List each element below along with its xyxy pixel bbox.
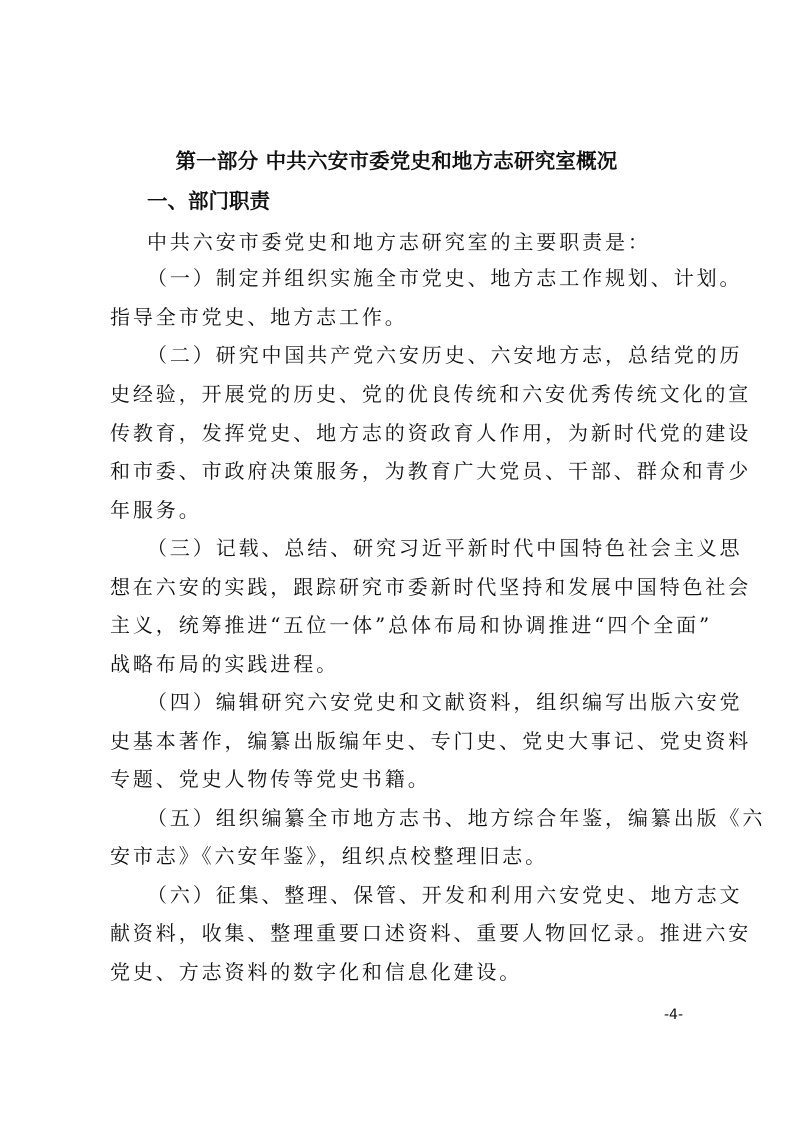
body-line: 中共六安市委党史和地方志研究室的主要职责是： bbox=[147, 229, 730, 256]
body-line: （四）编辑研究六安党史和文献资料，组织编写出版六安党 bbox=[147, 689, 730, 716]
body-line: 年服务。 bbox=[110, 497, 693, 524]
body-line: （五）组织编纂全市地方志书、地方综合年鉴，编纂出版《六 bbox=[147, 805, 730, 832]
body-line: 安市志》《六安年鉴》，组织点校整理旧志。 bbox=[110, 843, 693, 870]
body-line: 史经验，开展党的历史、党的优良传统和六安优秀传统文化的宣 bbox=[110, 381, 693, 408]
body-line: 和市委、市政府决策服务，为教育广大党员、干部、群众和青少 bbox=[110, 458, 693, 485]
body-line: 史基本著作，编纂出版编年史、专门史、党史大事记、党史资料 bbox=[110, 728, 693, 755]
section-heading: 一、部门职责 bbox=[147, 184, 270, 214]
page-number: -4- bbox=[664, 1007, 683, 1023]
body-line: 传教育，发挥党史、地方志的资政育人作用，为新时代党的建设 bbox=[110, 420, 693, 447]
document-page: 第一部分 中共六安市委党史和地方志研究室概况 一、部门职责 中共六安市委党史和地… bbox=[0, 0, 793, 1122]
page-title: 第一部分 中共六安市委党史和地方志研究室概况 bbox=[0, 144, 793, 174]
body-line: 献资料，收集、整理重要口述资料、重要人物回忆录。推进六安 bbox=[110, 920, 693, 947]
body-line: （二）研究中国共产党六安历史、六安地方志，总结党的历 bbox=[147, 342, 730, 369]
body-line: 战略布局的实践进程。 bbox=[110, 651, 693, 678]
body-line: 专题、党史人物传等党史书籍。 bbox=[110, 766, 693, 793]
body-line: 党史、方志资料的数字化和信息化建设。 bbox=[110, 959, 693, 986]
body-line: 想在六安的实践，跟踪研究市委新时代坚持和发展中国特色社会 bbox=[110, 574, 693, 601]
body-line: （六）征集、整理、保管、开发和利用六安党史、地方志文 bbox=[147, 882, 730, 909]
body-line: （一）制定并组织实施全市党史、地方志工作规划、计划。 bbox=[147, 265, 730, 292]
body-line: 主义，统筹推进“五位一体”总体布局和协调推进“四个全面” bbox=[110, 612, 693, 639]
body-line: 指导全市党史、地方志工作。 bbox=[110, 304, 693, 331]
body-line: （三）记载、总结、研究习近平新时代中国特色社会主义思 bbox=[147, 535, 730, 562]
